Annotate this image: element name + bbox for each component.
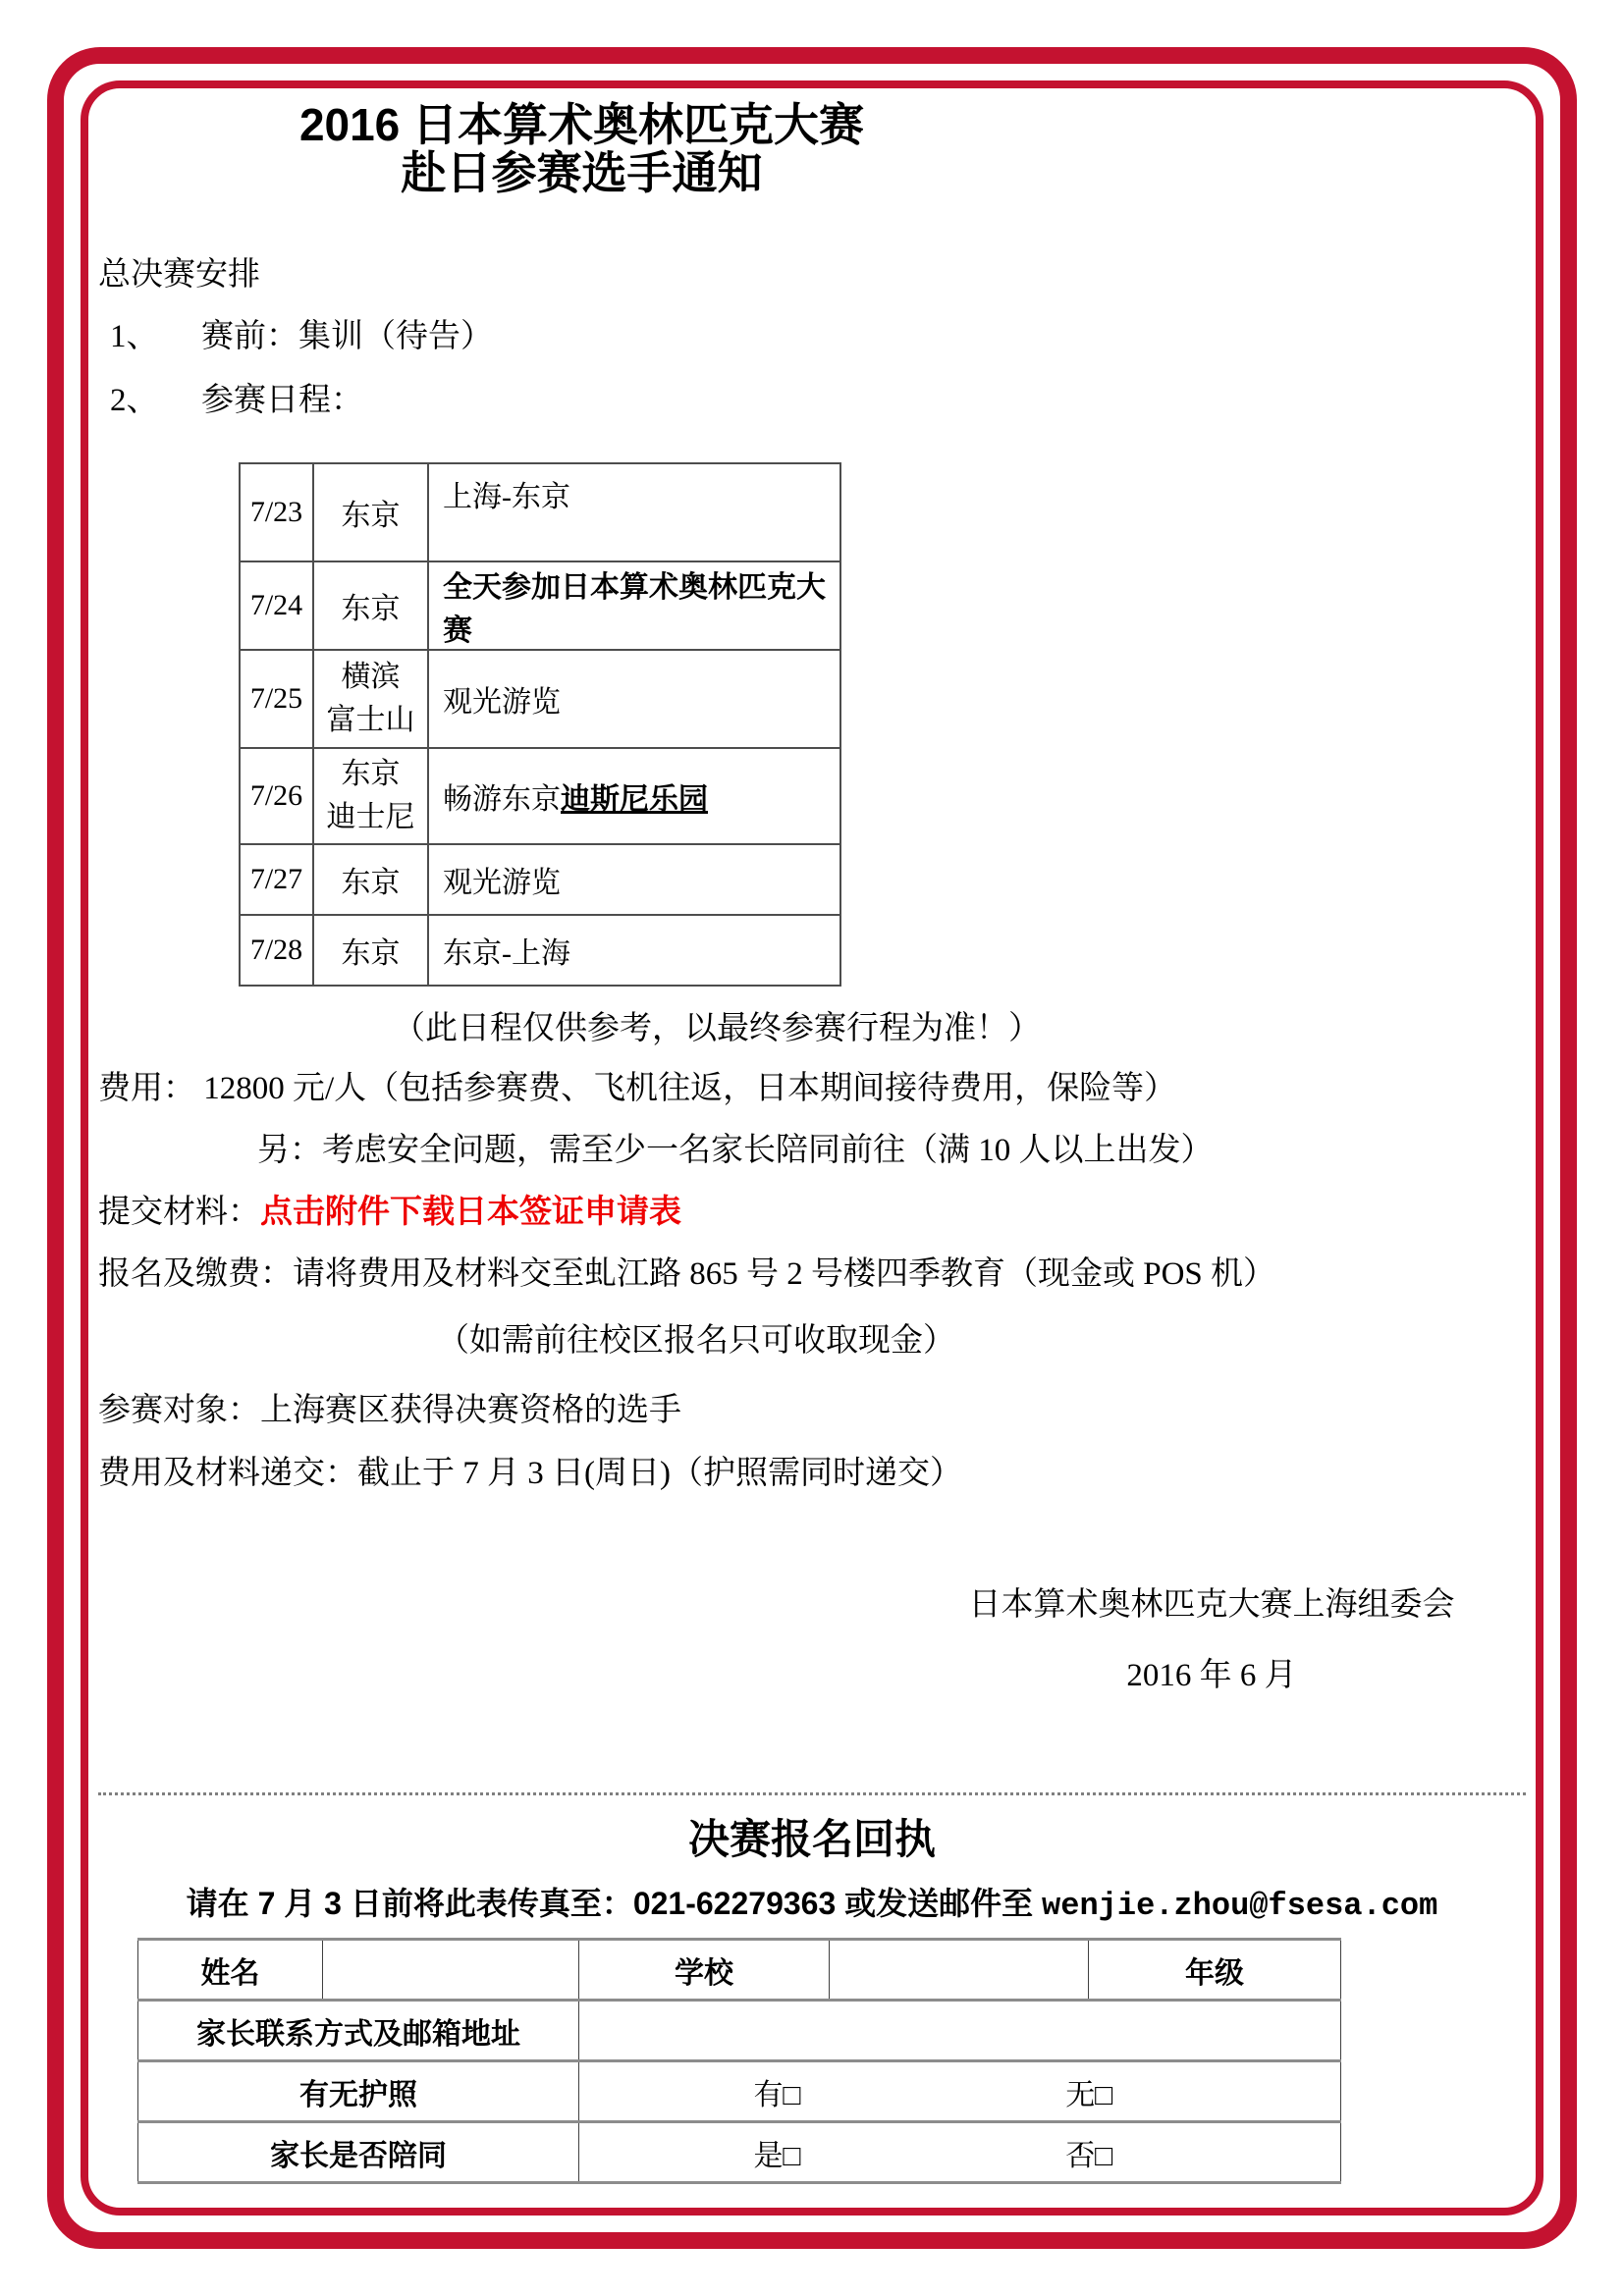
place-cell: 东京 — [313, 844, 428, 915]
list-item-1: 1、赛前：集训（待告） — [98, 314, 1526, 359]
form-row-accompany: 家长是否陪同 是□否□ — [138, 2122, 1341, 2183]
place-cell: 东京迪士尼 — [313, 748, 428, 844]
passport-yes-checkbox: 有□ — [579, 2070, 975, 2113]
place-line-1: 东京 — [314, 753, 427, 796]
fax-instruction-text: 请在 7 月 3 日前将此表传真至：021-62279363 或发送邮件至 — [187, 1886, 1042, 1921]
itinerary-row-724: 7/24 东京 全天参加日本算术奥林匹克大赛 — [240, 561, 840, 650]
list-item-1-text: 赛前：集训（待告） — [201, 314, 493, 359]
place-cell: 东京 — [313, 463, 428, 561]
schedule-note: （此日程仅供参考，以最终参赛行程为准！） — [393, 1006, 1526, 1051]
accompany-options-cell: 是□否□ — [579, 2122, 1341, 2183]
passport-no-checkbox: 无□ — [975, 2070, 1204, 2113]
accompany-label: 家长是否陪同 — [138, 2122, 579, 2183]
contact-email: wenjie.zhou@fsesa.com — [1042, 1888, 1437, 1924]
form-row-contact: 家长联系方式及邮箱地址 — [138, 2001, 1341, 2061]
deadline-line: 费用及材料递交：截止于 7 月 3 日(周日)（护照需同时递交） — [98, 1451, 1526, 1496]
accompany-options: 是□否□ — [579, 2131, 1340, 2174]
passport-options-cell: 有□无□ — [579, 2061, 1341, 2122]
eligibility-line: 参赛对象：上海赛区获得决赛资格的选手 — [98, 1388, 1526, 1433]
place-line-1: 横滨 — [314, 656, 427, 699]
place-line-2: 迪士尼 — [314, 796, 427, 839]
activity-cell: 观光游览 — [428, 650, 840, 748]
form-row-identity: 姓名 学校 年级 — [138, 1940, 1341, 2001]
materials-line: 提交材料：点击附件下载日本签证申请表 — [98, 1190, 1526, 1235]
activity-text: 畅游东京 — [443, 783, 561, 816]
visa-form-download-link[interactable]: 点击附件下载日本签证申请表 — [260, 1195, 681, 1230]
list-item-2-number: 2、 — [98, 378, 201, 423]
title-line-1: 2016 日本算术奥林匹克大赛 — [98, 101, 1065, 149]
fax-instruction: 请在 7 月 3 日前将此表传真至：021-62279363 或发送邮件至 we… — [98, 1882, 1526, 1928]
place-cell: 东京 — [313, 561, 428, 650]
fee-line: 费用： 12800 元/人（包括参赛费、飞机往返，日本期间接待费用，保险等） — [98, 1066, 1526, 1111]
accompany-no-checkbox: 否□ — [975, 2131, 1204, 2174]
reply-form-title: 决赛报名回执 — [98, 1815, 1526, 1864]
activity-cell: 观光游览 — [428, 844, 840, 915]
passport-label: 有无护照 — [138, 2061, 579, 2122]
itinerary-row-726: 7/26 东京迪士尼 畅游东京迪斯尼乐园 — [240, 748, 840, 844]
itinerary-row-725: 7/25 横滨富士山 观光游览 — [240, 650, 840, 748]
activity-cell: 畅游东京迪斯尼乐园 — [428, 748, 840, 844]
date-cell: 7/25 — [240, 650, 313, 748]
committee-name: 日本算术奥林匹克大赛上海组委会 — [956, 1582, 1467, 1628]
itinerary-row-723: 7/23 东京 上海-东京 — [240, 463, 840, 561]
school-label: 学校 — [579, 1940, 830, 2001]
document-content: 2016 日本算术奥林匹克大赛 赴日参赛选手通知 总决赛安排 1、赛前：集训（待… — [98, 93, 1526, 2184]
place-cell: 横滨富士山 — [313, 650, 428, 748]
registration-line: 报名及缴费：请将费用及材料交至虬江路 865 号 2 号楼四季教育（现金或 PO… — [98, 1252, 1526, 1297]
date-cell: 7/27 — [240, 844, 313, 915]
signature-date: 2016 年 6 月 — [956, 1653, 1467, 1698]
contact-label: 家长联系方式及邮箱地址 — [138, 2001, 579, 2061]
activity-cell: 东京-上海 — [428, 915, 840, 986]
name-label: 姓名 — [138, 1940, 323, 2001]
form-row-passport: 有无护照 有□无□ — [138, 2061, 1341, 2122]
school-value-cell — [830, 1940, 1089, 2001]
document-page: 2016 日本算术奥林匹克大赛 赴日参赛选手通知 总决赛安排 1、赛前：集训（待… — [0, 0, 1624, 2296]
passport-options: 有□无□ — [579, 2070, 1340, 2113]
dotted-separator — [98, 1792, 1526, 1795]
place-cell: 东京 — [313, 915, 428, 986]
date-cell: 7/28 — [240, 915, 313, 986]
activity-highlight: 迪斯尼乐园 — [561, 783, 708, 816]
activity-cell: 上海-东京 — [428, 463, 840, 561]
date-cell: 7/26 — [240, 748, 313, 844]
date-cell: 7/24 — [240, 561, 313, 650]
name-value-cell — [323, 1940, 579, 2001]
itinerary-row-727: 7/27 东京 观光游览 — [240, 844, 840, 915]
grade-label: 年级 — [1089, 1940, 1341, 2001]
activity-cell: 全天参加日本算术奥林匹克大赛 — [428, 561, 840, 650]
date-cell: 7/23 — [240, 463, 313, 561]
fee-extra-line: 另：考虑安全问题，需至少一名家长陪同前往（满 10 人以上出发） — [257, 1128, 1526, 1173]
contact-value-cell — [579, 2001, 1341, 2061]
signature-block: 日本算术奥林匹克大赛上海组委会 2016 年 6 月 — [956, 1582, 1467, 1698]
registration-note-line: （如需前往校区报名只可收取现金） — [437, 1318, 1526, 1363]
materials-label: 提交材料： — [98, 1195, 260, 1230]
list-item-2: 2、参赛日程： — [98, 378, 1526, 423]
list-item-2-text: 参赛日程： — [201, 378, 363, 423]
accompany-yes-checkbox: 是□ — [579, 2131, 975, 2174]
document-title: 2016 日本算术奥林匹克大赛 赴日参赛选手通知 — [98, 101, 1065, 197]
section-heading: 总决赛安排 — [98, 252, 1526, 297]
reply-form-table: 姓名 学校 年级 家长联系方式及邮箱地址 有无护照 有□无□ 家长是否陪同 是□… — [137, 1938, 1341, 2184]
itinerary-row-728: 7/28 东京 东京-上海 — [240, 915, 840, 986]
place-line-2: 富士山 — [314, 699, 427, 742]
title-line-2: 赴日参赛选手通知 — [98, 149, 1065, 197]
itinerary-table: 7/23 东京 上海-东京 7/24 东京 全天参加日本算术奥林匹克大赛 7/2… — [239, 462, 841, 987]
list-item-1-number: 1、 — [98, 314, 201, 359]
